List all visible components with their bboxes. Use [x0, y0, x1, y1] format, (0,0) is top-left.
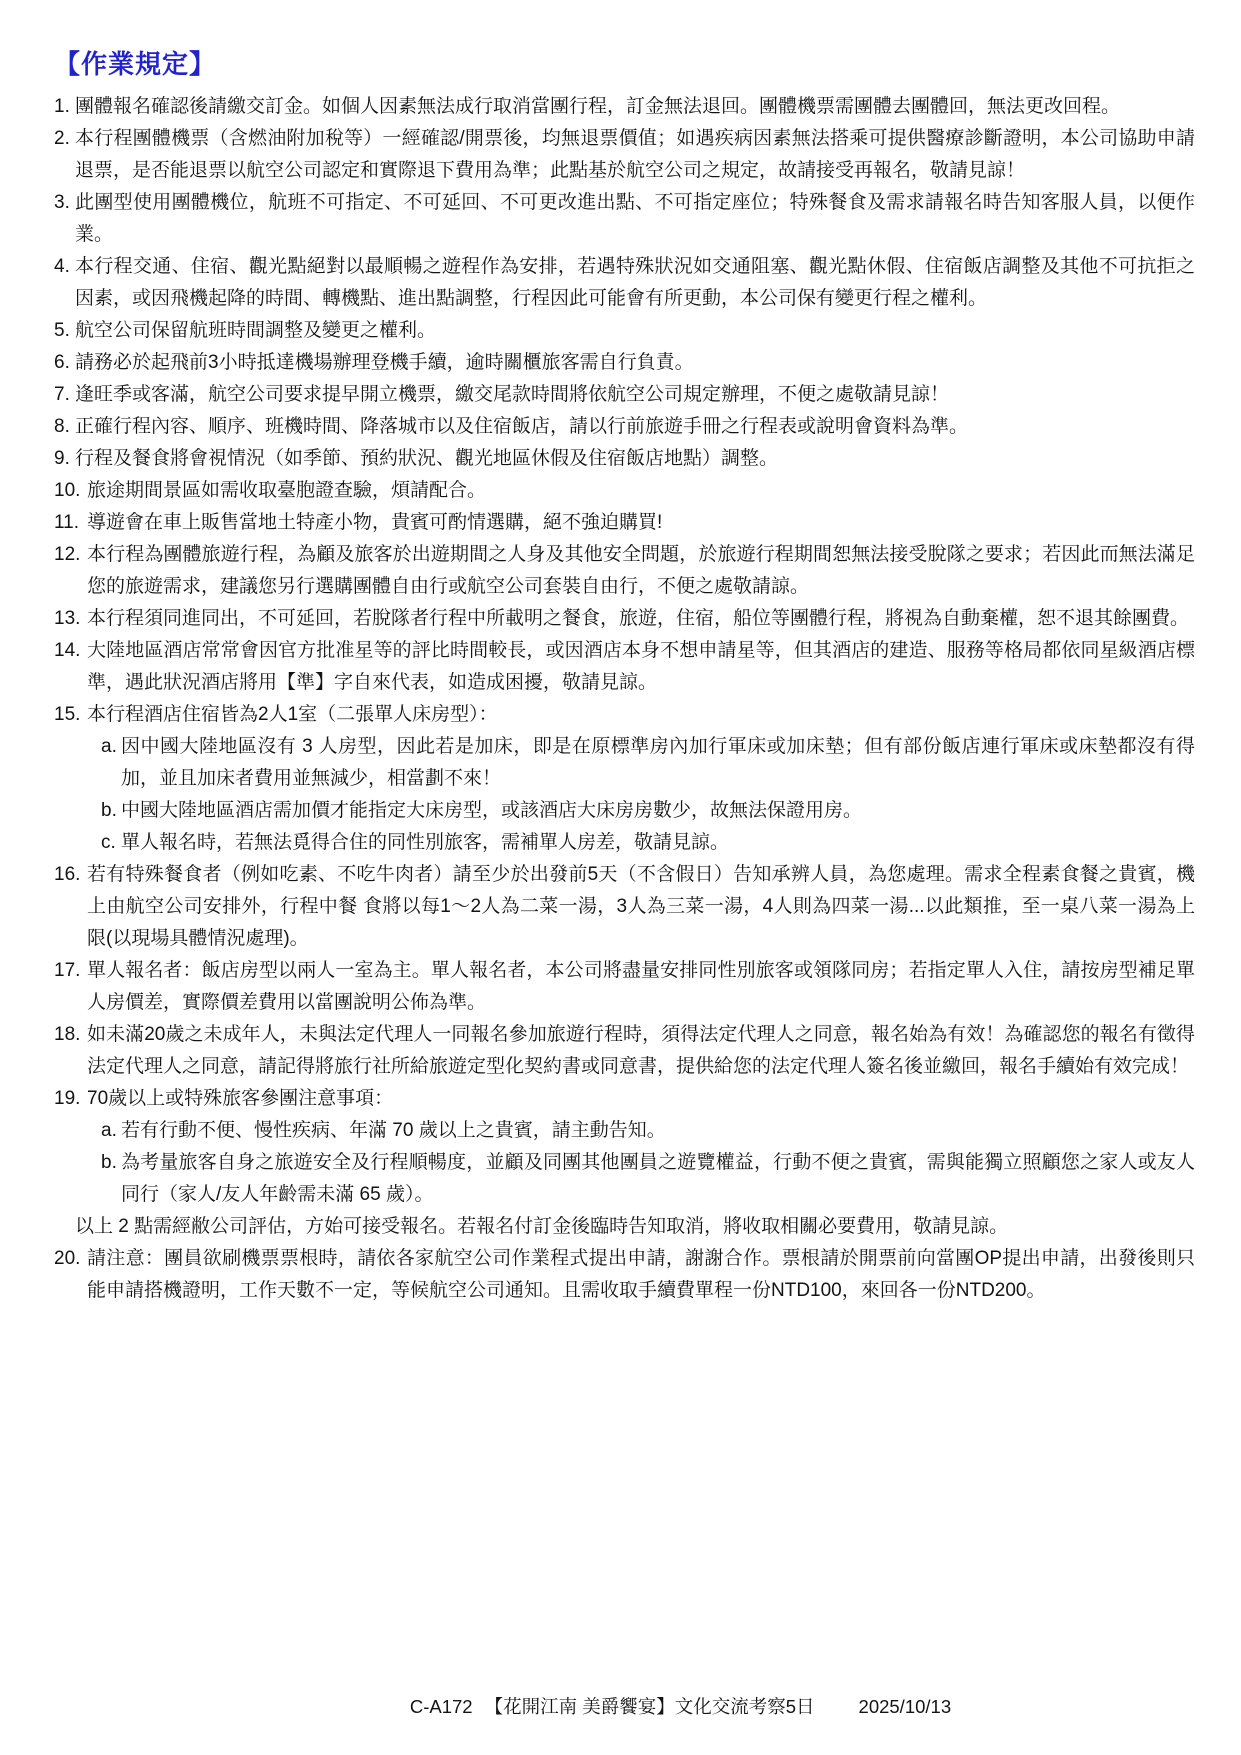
- item-number: 6.: [54, 347, 70, 379]
- item-number: 19.: [54, 1083, 80, 1115]
- regulation-subitem: b.為考量旅客自身之旅遊安全及行程順暢度，並顧及同團其他團員之遊覽權益，行動不便…: [101, 1147, 1195, 1211]
- footer-tour-name: 【花開江南 美爵饗宴】文化交流考察5日: [485, 1693, 815, 1719]
- subitem-letter: a.: [101, 731, 117, 763]
- subitem-text: 中國大陸地區酒店需加價才能指定大床房型，或該酒店大床房房數少，故無法保證用房。: [121, 800, 862, 821]
- item-text: 請務必於起飛前3小時抵達機場辦理登機手續，逾時關櫃旅客需自行負責。: [75, 352, 694, 373]
- subitem-letter: c.: [101, 827, 116, 859]
- item-number: 14.: [54, 635, 80, 667]
- item-text: 請注意：團員欲刷機票票根時，請依各家航空公司作業程式提出申請，謝謝合作。票根請於…: [87, 1248, 1195, 1301]
- item-number: 4.: [54, 251, 70, 283]
- subitem-text: 若有行動不便、慢性疾病、年滿 70 歲以上之貴賓，請主動告知。: [121, 1120, 666, 1141]
- item-number: 18.: [54, 1019, 80, 1051]
- regulation-item: 11.導遊會在車上販售當地土特產小物，貴賓可酌情選購，絕不強迫購買!: [54, 507, 1195, 539]
- regulation-item: 14.大陸地區酒店常常會因官方批准星等的評比時間較長，或因酒店本身不想申請星等，…: [54, 635, 1195, 699]
- regulation-subitem: c.單人報名時，若無法覓得合住的同性別旅客，需補單人房差，敬請見諒。: [101, 827, 1195, 859]
- item-text: 團體報名確認後請繳交訂金。如個人因素無法成行取消當團行程，訂金無法退回。團體機票…: [75, 96, 1120, 117]
- item-text: 逢旺季或客滿，航空公司要求提早開立機票，繳交尾款時間將依航空公司規定辦理，不便之…: [75, 384, 949, 405]
- item-text: 本行程酒店住宿皆為2人1室（二張單人床房型）：: [87, 704, 498, 725]
- item-text: 大陸地區酒店常常會因官方批准星等的評比時間較長，或因酒店本身不想申請星等，但其酒…: [87, 640, 1195, 693]
- regulation-item: 4.本行程交通、住宿、觀光點絕對以最順暢之遊程作為安排，若遇特殊狀況如交通阻塞、…: [54, 251, 1195, 315]
- item-text: 正確行程內容、順序、班機時間、降落城市以及住宿飯店，請以行前旅遊手冊之行程表或說…: [75, 416, 968, 437]
- regulation-item: 8.正確行程內容、順序、班機時間、降落城市以及住宿飯店，請以行前旅遊手冊之行程表…: [54, 411, 1195, 443]
- regulation-item: 7.逢旺季或客滿，航空公司要求提早開立機票，繳交尾款時間將依航空公司規定辦理，不…: [54, 379, 1195, 411]
- regulation-subitem: b.中國大陸地區酒店需加價才能指定大床房型，或該酒店大床房房數少，故無法保證用房…: [101, 795, 1195, 827]
- regulation-item: 3.此團型使用團體機位，航班不可指定、不可延回、不可更改進出點、不可指定座位；特…: [54, 187, 1195, 251]
- item-text: 本行程交通、住宿、觀光點絕對以最順暢之遊程作為安排，若遇特殊狀況如交通阻塞、觀光…: [75, 256, 1195, 309]
- page-title: 【作業規定】: [54, 44, 1195, 81]
- item-text: 70歲以上或特殊旅客參團注意事項：: [87, 1088, 393, 1109]
- item-number: 16.: [54, 859, 80, 891]
- page-footer: C-A172 【花開江南 美爵饗宴】文化交流考察5日 2025/10/13: [60, 1693, 1241, 1719]
- regulation-item: 20.請注意：團員欲刷機票票根時，請依各家航空公司作業程式提出申請，謝謝合作。票…: [54, 1243, 1195, 1307]
- regulation-item: 10.旅途期間景區如需收取臺胞證查驗，煩請配合。: [54, 475, 1195, 507]
- regulation-item: 16.若有特殊餐食者（例如吃素、不吃牛肉者）請至少於出發前5天（不含假日）告知承…: [54, 859, 1195, 955]
- item-text: 導遊會在車上販售當地土特產小物，貴賓可酌情選購，絕不強迫購買!: [87, 512, 662, 533]
- item-text: 如未滿20歲之未成年人，未與法定代理人一同報名參加旅遊行程時，須得法定代理人之同…: [87, 1024, 1195, 1077]
- item-text: 若有特殊餐食者（例如吃素、不吃牛肉者）請至少於出發前5天（不含假日）告知承辨人員…: [87, 864, 1195, 949]
- regulation-item: 13.本行程須同進同出，不可延回，若脫隊者行程中所載明之餐食，旅遊，住宿，船位等…: [54, 603, 1195, 635]
- item-text: 此團型使用團體機位，航班不可指定、不可延回、不可更改進出點、不可指定座位；特殊餐…: [75, 192, 1195, 245]
- item-note: 以上 2 點需經敝公司評估，方始可接受報名。若報名付訂金後臨時告知取消，將收取相…: [75, 1211, 1195, 1243]
- footer-date: 2025/10/13: [859, 1696, 952, 1718]
- item-text: 航空公司保留航班時間調整及變更之權利。: [75, 320, 436, 341]
- item-number: 11.: [54, 507, 79, 539]
- item-number: 7.: [54, 379, 70, 411]
- regulation-item: 2.本行程團體機票（含燃油附加稅等）一經確認/開票後，均無退票價值；如遇疾病因素…: [54, 123, 1195, 187]
- regulation-item: 17.單人報名者：飯店房型以兩人一室為主。單人報名者，本公司將盡量安排同性別旅客…: [54, 955, 1195, 1019]
- subitem-letter: b.: [101, 1147, 117, 1179]
- regulation-item: 1.團體報名確認後請繳交訂金。如個人因素無法成行取消當團行程，訂金無法退回。團體…: [54, 91, 1195, 123]
- subitem-letter: a.: [101, 1115, 117, 1147]
- item-number: 5.: [54, 315, 70, 347]
- item-text: 本行程為團體旅遊行程，為顧及旅客於出遊期間之人身及其他安全問題，於旅遊行程期間恕…: [87, 544, 1195, 597]
- subitem-text: 單人報名時，若無法覓得合住的同性別旅客，需補單人房差，敬請見諒。: [121, 832, 729, 853]
- regulation-item: 9.行程及餐食將會視情況（如季節、預約狀況、觀光地區休假及住宿飯店地點）調整。: [54, 443, 1195, 475]
- regulation-item: 18.如未滿20歲之未成年人，未與法定代理人一同報名參加旅遊行程時，須得法定代理…: [54, 1019, 1195, 1083]
- subitem-letter: b.: [101, 795, 117, 827]
- item-text: 單人報名者：飯店房型以兩人一室為主。單人報名者，本公司將盡量安排同性別旅客或領隊…: [87, 960, 1195, 1013]
- item-number: 10.: [54, 475, 80, 507]
- item-text: 行程及餐食將會視情況（如季節、預約狀況、觀光地區休假及住宿飯店地點）調整。: [75, 448, 778, 469]
- subitem-text: 因中國大陸地區沒有 3 人房型，因此若是加床，即是在原標準房內加行軍床或加床墊；…: [121, 736, 1195, 789]
- item-number: 13.: [54, 603, 80, 635]
- regulations-list: 1.團體報名確認後請繳交訂金。如個人因素無法成行取消當團行程，訂金無法退回。團體…: [54, 91, 1195, 1307]
- item-number: 8.: [54, 411, 70, 443]
- subitem-text: 為考量旅客自身之旅遊安全及行程順暢度，並顧及同團其他團員之遊覽權益，行動不便之貴…: [121, 1152, 1195, 1205]
- item-number: 3.: [54, 187, 70, 219]
- regulation-item: 15.本行程酒店住宿皆為2人1室（二張單人床房型）：a.因中國大陸地區沒有 3 …: [54, 699, 1195, 859]
- document-page: 【作業規定】 1.團體報名確認後請繳交訂金。如個人因素無法成行取消當團行程，訂金…: [0, 0, 1241, 1755]
- regulation-item: 5.航空公司保留航班時間調整及變更之權利。: [54, 315, 1195, 347]
- regulation-item: 6.請務必於起飛前3小時抵達機場辦理登機手續，逾時關櫃旅客需自行負責。: [54, 347, 1195, 379]
- item-number: 12.: [54, 539, 80, 571]
- regulation-subitem: a.因中國大陸地區沒有 3 人房型，因此若是加床，即是在原標準房內加行軍床或加床…: [101, 731, 1195, 795]
- footer-tour-code: C-A172: [410, 1696, 473, 1718]
- item-number: 2.: [54, 123, 70, 155]
- item-number: 1.: [54, 91, 70, 123]
- item-text: 本行程團體機票（含燃油附加稅等）一經確認/開票後，均無退票價值；如遇疾病因素無法…: [75, 128, 1195, 181]
- regulation-item: 12.本行程為團體旅遊行程，為顧及旅客於出遊期間之人身及其他安全問題，於旅遊行程…: [54, 539, 1195, 603]
- item-number: 15.: [54, 699, 80, 731]
- item-text: 旅途期間景區如需收取臺胞證查驗，煩請配合。: [87, 480, 486, 501]
- item-text: 本行程須同進同出，不可延回，若脫隊者行程中所載明之餐食，旅遊，住宿，船位等團體行…: [87, 608, 1189, 629]
- regulation-item: 19.70歲以上或特殊旅客參團注意事項：a.若有行動不便、慢性疾病、年滿 70 …: [54, 1083, 1195, 1243]
- regulation-subitem: a.若有行動不便、慢性疾病、年滿 70 歲以上之貴賓，請主動告知。: [101, 1115, 1195, 1147]
- item-number: 20.: [54, 1243, 80, 1275]
- item-number: 9.: [54, 443, 70, 475]
- item-number: 17.: [54, 955, 80, 987]
